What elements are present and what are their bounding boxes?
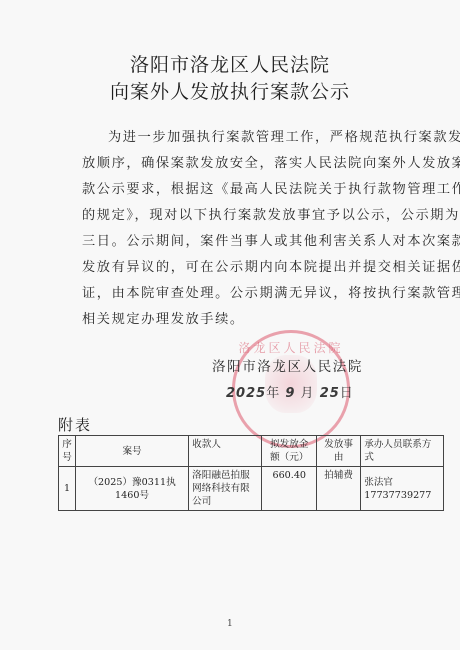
date-day-suffix: 日: [340, 386, 354, 401]
cell-index: 1: [59, 467, 76, 511]
date-year: 2025: [226, 386, 266, 401]
body-line-4: 的规定》，现对以下执行案款发放事宜予以公示，公示期为: [82, 203, 412, 230]
body-line-8: 相关规定办理发放手续。: [82, 307, 412, 334]
date-year-suffix: 年: [266, 386, 280, 401]
header-reason: 发放事由: [317, 436, 361, 467]
body-line-6: 发放有异议的，可在公示期内向本院提出并提交相关证据佐: [82, 255, 412, 282]
stamp-text: 洛龙区人民法院: [235, 339, 347, 356]
table-header-row: 序号 案号 收款人 拟发放金额（元） 发放事由 承办人员联系方式: [59, 436, 444, 467]
body-line-5: 三日。公示期间，案件当事人或其他利害关系人对本次案款: [82, 229, 412, 256]
cell-case-no: （2025）豫0311执1460号: [75, 467, 188, 511]
header-amount: 拟发放金额（元）: [262, 436, 317, 467]
signature-court: 洛阳市洛龙区人民法院: [212, 355, 363, 375]
document-page: 洛阳市洛龙区人民法院 向案外人发放执行案款公示 为进一步加强执行案款管理工作，严…: [0, 0, 460, 650]
header-index: 序号: [59, 436, 76, 467]
page-number: 1: [227, 619, 233, 629]
header-contact: 承办人员联系方式: [361, 436, 444, 467]
table-row: 1 （2025）豫0311执1460号 洛阳融邑拍服网络科技有限公司 660.4…: [59, 467, 444, 511]
cell-payee: 洛阳融邑拍服网络科技有限公司: [189, 467, 262, 511]
body-line-2: 放顺序，确保案款发放安全，落实人民法院向案外人发放案: [82, 151, 412, 178]
date-day: 25: [320, 386, 340, 401]
cell-contact: 张法官 17737739277: [361, 467, 444, 511]
notice-title: 向案外人发放执行案款公示: [0, 77, 460, 104]
cell-amount: 660.40: [262, 467, 317, 511]
annex-table: 序号 案号 收款人 拟发放金额（元） 发放事由 承办人员联系方式 1 （2025…: [58, 435, 444, 511]
body-line-1: 为进一步加强执行案款管理工作，严格规范执行案款发: [108, 125, 438, 152]
body-line-7: 证，由本院审查处理。公示期满无异议，将按执行案款管理: [82, 281, 412, 308]
body-line-3: 款公示要求，根据这《最高人民法院关于执行款物管理工作: [82, 177, 412, 204]
header-payee: 收款人: [189, 436, 262, 467]
signature-date: 2025年 9 月 25日: [226, 382, 354, 401]
date-month: 9: [285, 386, 295, 401]
date-month-suffix: 月: [301, 386, 315, 401]
annex-label: 附表: [58, 414, 92, 435]
cell-reason: 拍辅费: [317, 467, 361, 511]
header-case-no: 案号: [75, 436, 188, 467]
court-title: 洛阳市洛龙区人民法院: [0, 50, 460, 77]
